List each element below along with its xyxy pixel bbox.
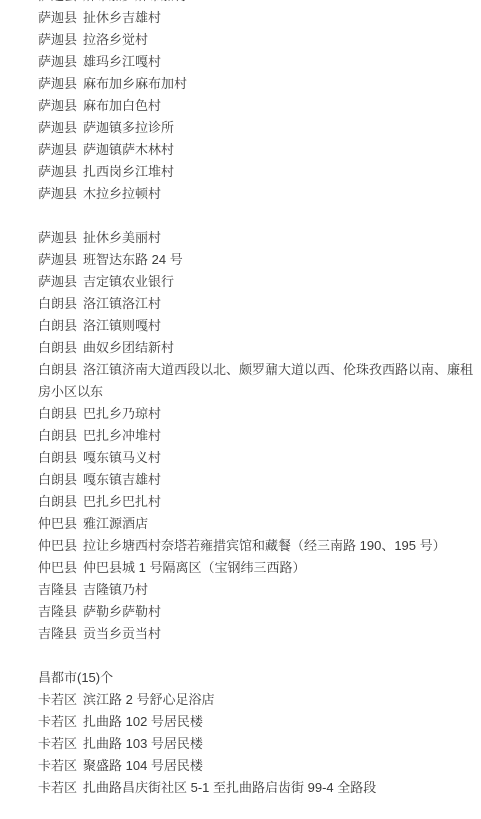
area-row: 白朗县巴扎乡巴扎村 [38,491,475,513]
county-label: 吉隆县 [38,626,77,641]
county-label: 萨迦县 [38,120,77,135]
address-text: 仲巴县城 1 号隔离区（宝钢纬三西路） [83,560,305,575]
area-row: 萨迦县雄玛乡江嘎村 [38,51,475,73]
area-row: 白朗县曲奴乡团结新村 [38,337,475,359]
county-label: 萨迦县 [38,186,77,201]
address-text: 班智达东路 24 号 [83,252,183,267]
area-row: 吉隆县萨勒乡萨勒村 [38,601,475,623]
county-label: 萨迦县 [38,54,77,69]
area-row: 卡若区扎曲路 102 号居民楼 [38,711,475,733]
area-row: 白朗县巴扎乡乃琼村 [38,403,475,425]
address-text: 拉洛乡觉村 [83,32,148,47]
county-label: 白朗县 [38,428,77,443]
address-text: 嘎东镇吉雄村 [83,472,161,487]
area-row: 萨迦县班智达东路 24 号 [38,249,475,271]
county-label: 卡若区 [38,714,77,729]
county-label: 萨迦县 [38,230,77,245]
county-label: 萨迦县 [38,76,77,91]
address-text: 雅江源酒店 [83,516,148,531]
address-text: 滨江路 2 号舒心足浴店 [83,692,214,707]
county-label: 白朗县 [38,340,77,355]
address-text: 扯休乡美丽村 [83,230,161,245]
section-header: 昌都市(15)个 [38,667,475,689]
address-text: 洛江镇济南大道西段以北、颇罗鼐大道以西、伦珠孜西路以南、廉租房小区以东 [38,362,473,399]
area-row: 萨迦县萨迦镇多拉诊所 [38,117,475,139]
area-row: 萨迦县木拉乡拉顿村 [38,183,475,205]
address-text: 麻布加乡麻布加村 [83,76,187,91]
area-row: 白朗县巴扎乡冲堆村 [38,425,475,447]
address-text: 贡当乡贡当村 [83,626,161,641]
address-text: 麻布加白色村 [83,98,161,113]
address-text: 巴扎乡冲堆村 [83,428,161,443]
address-text: 扎西岗乡江堆村 [83,164,174,179]
area-row: 仲巴县拉让乡塘西村奈塔若雍措宾馆和藏餐（经三南路 190、195 号） [38,535,475,557]
county-label: 萨迦县 [38,142,77,157]
area-row: 萨迦县拉洛乡觉村 [38,29,475,51]
county-label: 萨迦县 [38,10,77,25]
area-row: 白朗县洛江镇则嘎村 [38,315,475,337]
address-text: 扎曲路 102 号居民楼 [83,714,203,729]
county-label: 卡若区 [38,692,77,707]
area-row: 白朗县洛江镇济南大道西段以北、颇罗鼐大道以西、伦珠孜西路以南、廉租房小区以东 [38,359,475,403]
area-row: 白朗县洛江镇洛江村 [38,293,475,315]
address-text: 巴扎乡巴扎村 [83,494,161,509]
address-text: 萨迦镇多拉诊所 [83,120,174,135]
county-label: 萨迦县 [38,98,77,113]
address-text: 吉定镇农业银行 [83,274,174,289]
section-gap [38,645,475,667]
area-row: 仲巴县仲巴县城 1 号隔离区（宝钢纬三西路） [38,557,475,579]
area-row: 吉隆县贡当乡贡当村 [38,623,475,645]
address-text: 聚盛路 104 号居民楼 [83,758,203,773]
county-label: 白朗县 [38,362,77,377]
county-label: 白朗县 [38,296,77,311]
address-text: 萨勒乡萨勒村 [83,604,161,619]
county-label: 卡若区 [38,736,77,751]
risk-area-list: 萨迦县麻布加乡麻布加村萨迦县扯休乡吉雄村萨迦县拉洛乡觉村萨迦县雄玛乡江嘎村萨迦县… [38,0,475,799]
address-text: 雄玛乡江嘎村 [83,54,161,69]
area-row: 萨迦县吉定镇农业银行 [38,271,475,293]
area-row: 萨迦县扯休乡吉雄村 [38,7,475,29]
area-row: 白朗县嘎东镇吉雄村 [38,469,475,491]
area-row: 卡若区聚盛路 104 号居民楼 [38,755,475,777]
area-row: 萨迦县麻布加白色村 [38,95,475,117]
address-text: 洛江镇洛江村 [83,296,161,311]
county-label: 仲巴县 [38,516,77,531]
area-row-clipped: 萨迦县麻布加乡麻布加村 [38,0,475,7]
county-label: 吉隆县 [38,604,77,619]
county-label: 卡若区 [38,758,77,773]
area-row: 白朗县嘎东镇马义村 [38,447,475,469]
area-row: 萨迦县扯休乡美丽村 [38,227,475,249]
address-text: 扎曲路 103 号居民楼 [83,736,203,751]
address-text: 嘎东镇马义村 [83,450,161,465]
area-row: 卡若区扎曲路昌庆街社区 5-1 至扎曲路启齿街 99-4 全路段 [38,777,475,799]
address-text: 萨迦镇萨木林村 [83,142,174,157]
area-row: 仲巴县雅江源酒店 [38,513,475,535]
address-text: 麻布加乡麻布加村 [83,0,187,3]
area-row: 萨迦县扎西岗乡江堆村 [38,161,475,183]
address-text: 曲奴乡团结新村 [83,340,174,355]
area-row: 萨迦县麻布加乡麻布加村 [38,73,475,95]
county-label: 萨迦县 [38,274,77,289]
address-text: 洛江镇则嘎村 [83,318,161,333]
address-text: 木拉乡拉顿村 [83,186,161,201]
address-text: 扯休乡吉雄村 [83,10,161,25]
address-text: 巴扎乡乃琼村 [83,406,161,421]
county-label: 吉隆县 [38,582,77,597]
county-label: 白朗县 [38,406,77,421]
county-label: 萨迦县 [38,164,77,179]
area-row: 吉隆县吉隆镇乃村 [38,579,475,601]
county-label: 萨迦县 [38,252,77,267]
county-label: 萨迦县 [38,32,77,47]
address-text: 扎曲路昌庆街社区 5-1 至扎曲路启齿街 99-4 全路段 [83,780,376,795]
county-label: 白朗县 [38,472,77,487]
area-row: 萨迦县萨迦镇萨木林村 [38,139,475,161]
section-gap [38,205,475,227]
county-label: 萨迦县 [38,0,77,3]
county-label: 白朗县 [38,450,77,465]
county-label: 仲巴县 [38,560,77,575]
county-label: 白朗县 [38,494,77,509]
county-label: 白朗县 [38,318,77,333]
address-text: 拉让乡塘西村奈塔若雍措宾馆和藏餐（经三南路 190、195 号） [83,538,446,553]
county-label: 仲巴县 [38,538,77,553]
address-text: 吉隆镇乃村 [83,582,148,597]
area-row: 卡若区滨江路 2 号舒心足浴店 [38,689,475,711]
area-row: 卡若区扎曲路 103 号居民楼 [38,733,475,755]
county-label: 卡若区 [38,780,77,795]
